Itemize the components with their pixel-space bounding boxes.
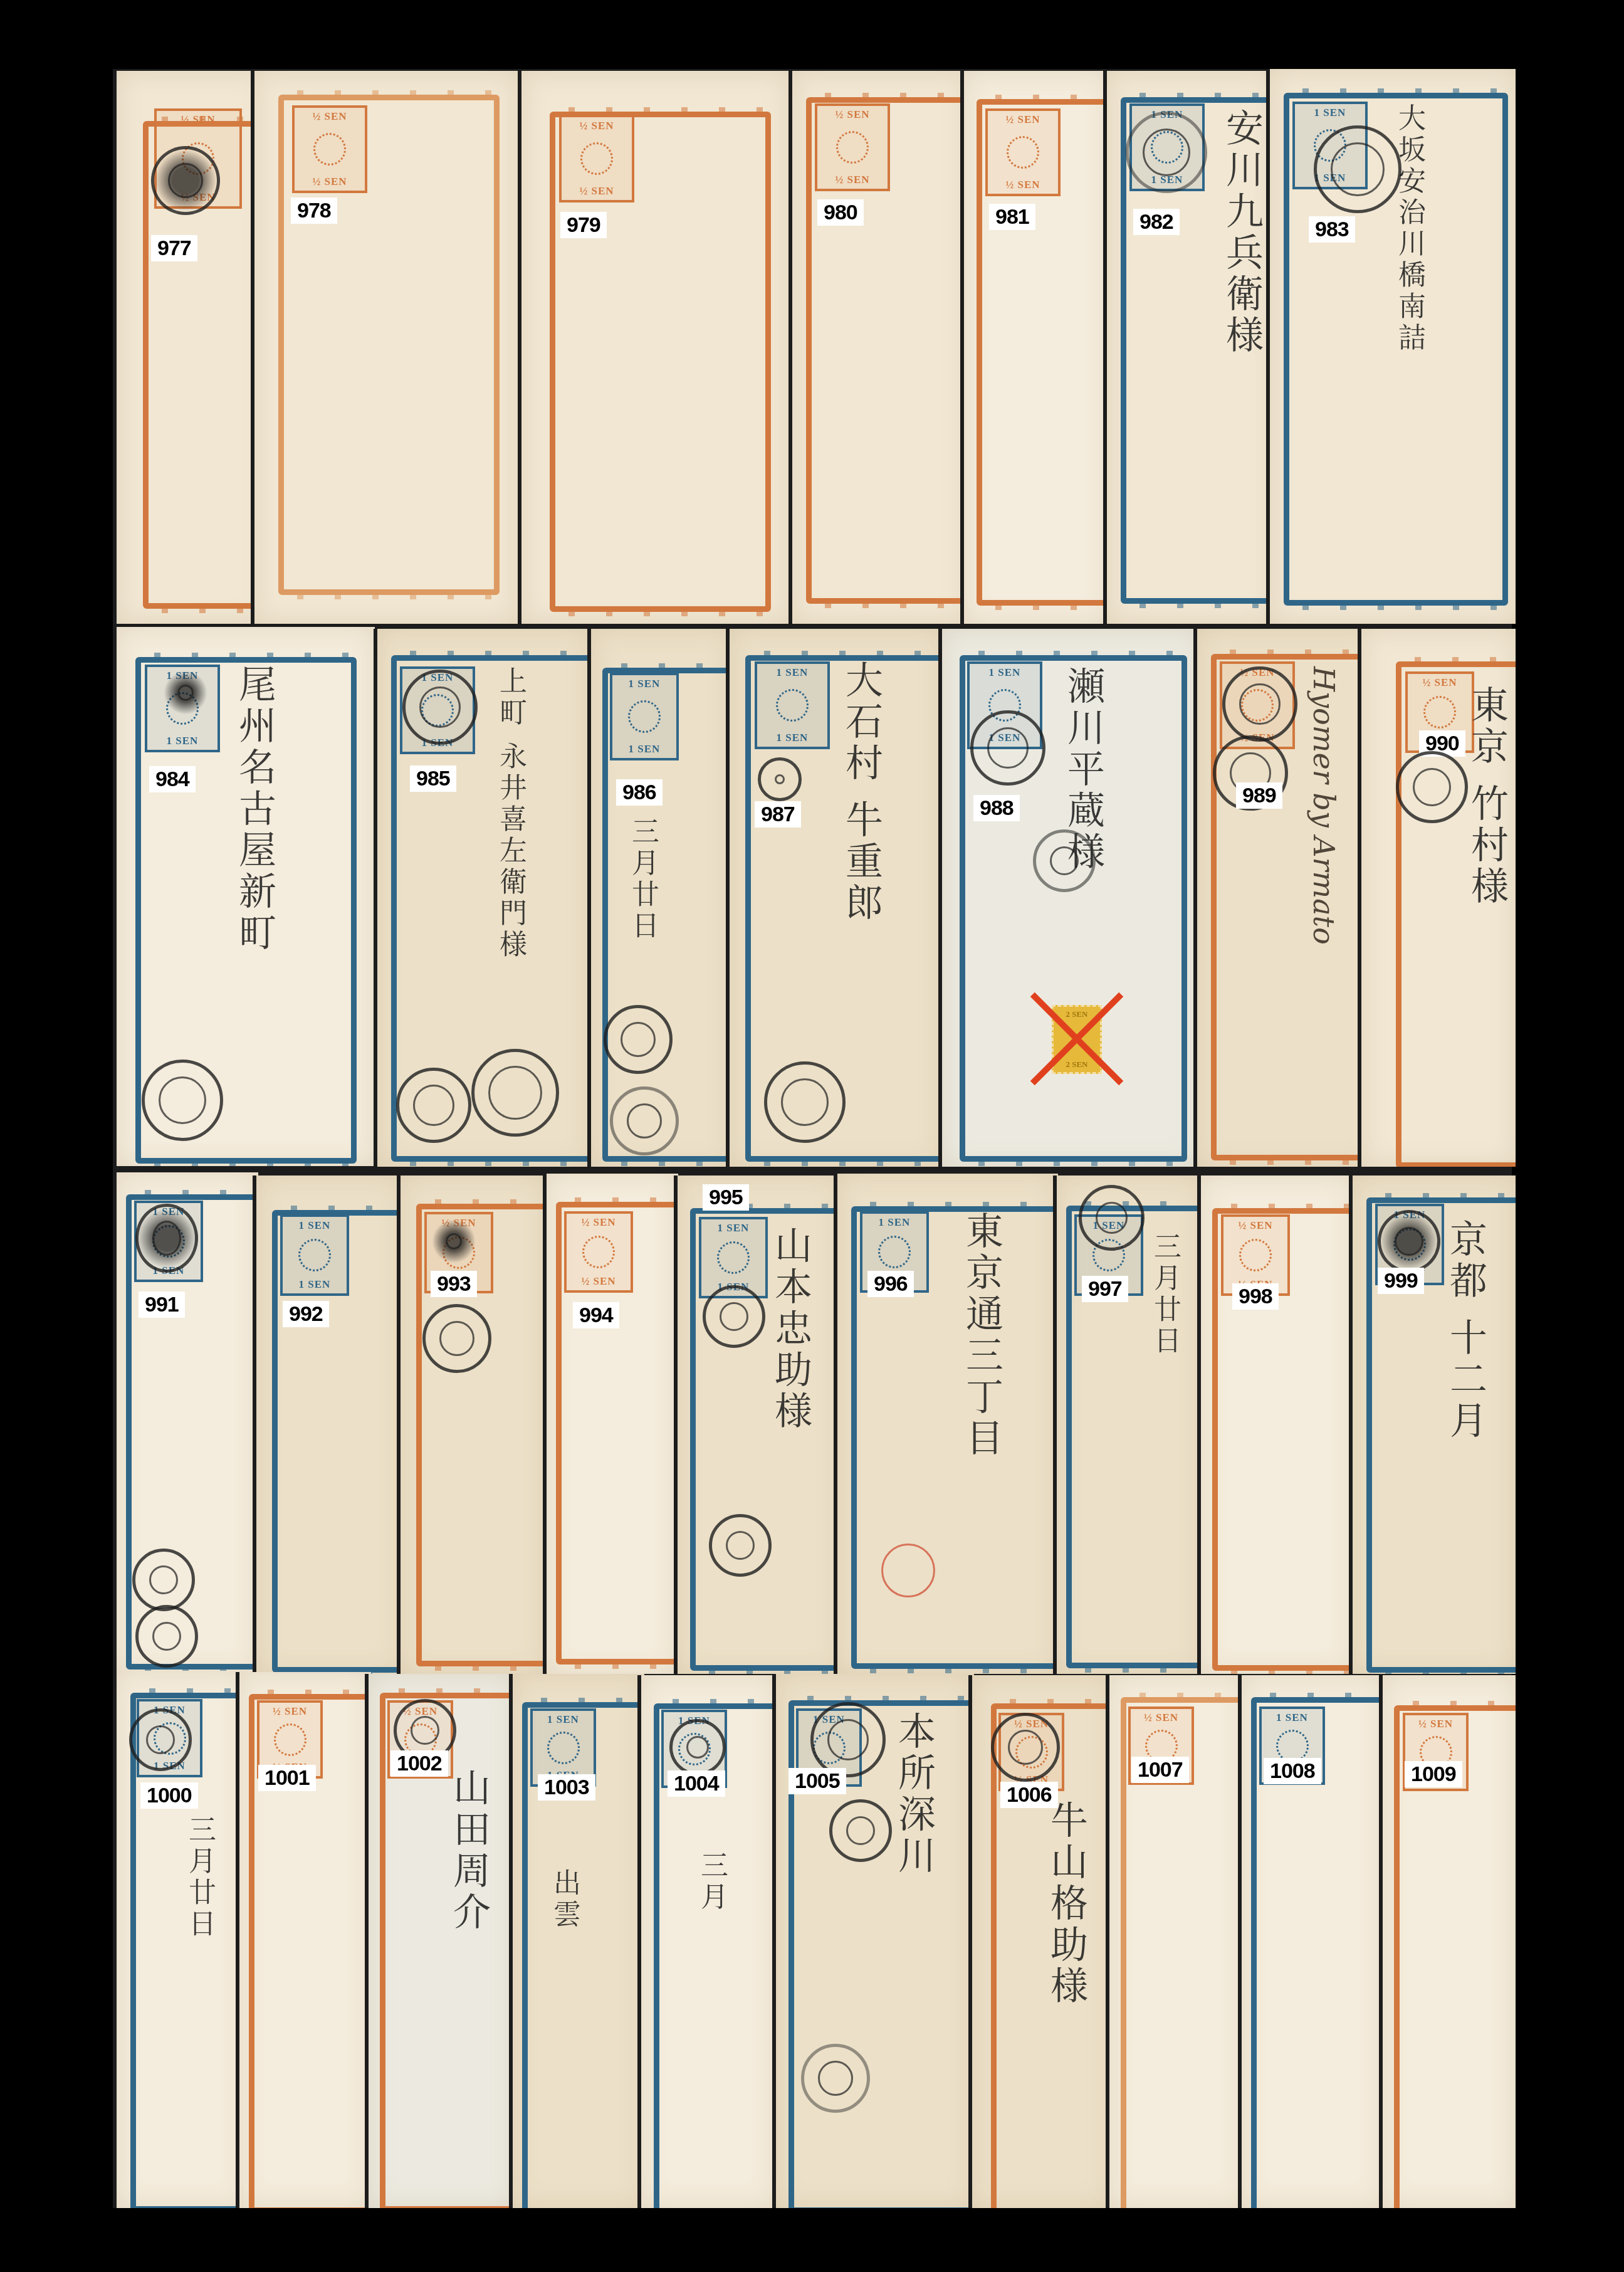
handwritten-date: 三月廿日 [629, 817, 656, 942]
handwritten-address: 安川九兵衛様 [1223, 108, 1260, 357]
handwritten-date: 三月廿日 [186, 1815, 213, 1940]
handwritten-date: 三月 [698, 1851, 725, 1913]
postmark [604, 1005, 673, 1074]
denomination-text: ½ SEN [835, 108, 869, 121]
postal-card-1008[interactable]: 1 SEN 1 SEN 1008 [1238, 1675, 1385, 2208]
chrysanthemum-crest-icon [836, 131, 869, 164]
postal-card-990[interactable]: ½ SEN ½ SEN 990 東京 竹村様 [1358, 629, 1516, 1167]
handwritten-latin-address: Hyomer by Armato [1307, 666, 1341, 945]
denomination-text: 1 SEN [1314, 107, 1346, 119]
lot-number-label: 983 [1309, 216, 1355, 243]
postal-card-998[interactable]: ½ SEN ½ SEN 998 [1197, 1175, 1354, 1674]
lot-number-label: 991 [139, 1291, 185, 1318]
lot-number-label: 978 [291, 197, 337, 224]
lot-number-label: 985 [410, 765, 456, 792]
postal-card-988[interactable]: 1 SEN 1 SEN 988 瀬川平蔵様 2 SEN 2 SEN [938, 629, 1200, 1167]
chrysanthemum-crest-icon [717, 1241, 750, 1274]
denomination-text: ½ SEN [581, 1216, 616, 1229]
lot-number-label: 997 [1082, 1276, 1128, 1302]
handwritten-address: 出雲 [550, 1868, 578, 1931]
stamp-album-sheet: ½ SEN ½ SEN 977 ½ SEN ½ SEN 978 ½ SEN ½ … [113, 69, 1512, 2208]
postmark [1378, 1210, 1440, 1273]
postal-card-987[interactable]: 1 SEN 1 SEN 987 大石村 牛重郎 [726, 629, 943, 1167]
chrysanthemum-crest-icon [313, 133, 346, 166]
denomination-text: ½ SEN [1238, 1219, 1272, 1232]
postmark [132, 1549, 195, 1611]
chrysanthemum-crest-icon [298, 1239, 331, 1271]
chrysanthemum-crest-icon [1239, 1239, 1272, 1271]
postmark [1079, 1185, 1145, 1251]
postal-card-1009[interactable]: ½ SEN ½ SEN 1009 [1379, 1675, 1516, 2208]
chrysanthemum-crest-icon [580, 142, 613, 175]
postal-card-1006[interactable]: ½ SEN ½ SEN 1006 牛山格助様 [968, 1675, 1111, 2208]
postmark [1314, 125, 1401, 213]
postal-card-979[interactable]: ½ SEN ½ SEN 979 [518, 71, 790, 624]
lot-number-label: 995 [703, 1184, 749, 1211]
handwritten-address: 京都 十二月 [1447, 1219, 1484, 1442]
lot-number-label: 996 [867, 1271, 914, 1297]
postmark [970, 710, 1045, 786]
handwritten-address: 東京通三丁目 [963, 1211, 1000, 1459]
postmark [1033, 829, 1096, 892]
postmark [709, 1514, 772, 1577]
postmark [610, 1086, 679, 1155]
chrysanthemum-crest-icon [776, 689, 809, 722]
denomination-text: 1 SEN [989, 666, 1021, 679]
handwritten-address: 山田周介 [450, 1768, 488, 1933]
handwritten-address: 牛山格助様 [1047, 1801, 1085, 2007]
imprinted-stamp-one-sen: 1 SEN 1 SEN [280, 1214, 349, 1296]
denomination-text: 1 SEN [167, 735, 199, 747]
postmark [703, 1285, 765, 1348]
postal-card-1004[interactable]: 1 SEN 1 SEN 1004 三月 [637, 1675, 777, 2208]
imprinted-stamp-half-sen: ½ SEN ½ SEN [985, 108, 1061, 196]
lot-number-label: 1003 [538, 1774, 595, 1801]
lot-number-label: 982 [1133, 209, 1180, 235]
postmark [151, 146, 220, 215]
denomination-text: ½ SEN [181, 113, 215, 126]
denomination-text: 1 SEN [777, 666, 809, 679]
lot-number-label: 1008 [1264, 1758, 1321, 1784]
handwritten-address: 尾州名古屋新町 [236, 665, 273, 954]
postal-card-993[interactable]: ½ SEN ½ SEN 993 [397, 1175, 546, 1674]
postal-card-981[interactable]: ½ SEN ½ SEN 981 [960, 71, 1109, 624]
denomination-text: ½ SEN [312, 176, 347, 188]
postmark [991, 1713, 1060, 1782]
lot-number-label: 980 [817, 199, 864, 226]
imprinted-stamp-half-sen: ½ SEN ½ SEN [559, 115, 634, 202]
denomination-text: ½ SEN [835, 174, 869, 186]
chrysanthemum-crest-icon [274, 1723, 306, 1756]
postmark [764, 1061, 846, 1143]
handwritten-address: 東京 竹村様 [1468, 685, 1506, 908]
postmark [402, 670, 478, 745]
lot-number-label: 1009 [1405, 1761, 1462, 1787]
lot-number-label: 977 [151, 235, 197, 261]
postmark [142, 1060, 223, 1141]
denomination-text: ½ SEN [579, 120, 614, 132]
postal-card-996[interactable]: 1 SEN 1 SEN 996 東京通三丁目 [834, 1174, 1058, 1674]
chrysanthemum-crest-icon [628, 700, 661, 733]
chrysanthemum-crest-icon [582, 1236, 615, 1268]
lot-number-label: 999 [1378, 1268, 1424, 1294]
handwritten-address: 上町 永井喜左衛門様 [496, 666, 524, 961]
red-cross-cancel-icon [1027, 989, 1127, 1090]
postmark [135, 1204, 198, 1273]
denomination-text: 1 SEN [718, 1222, 750, 1234]
handwritten-address: 本所深川 [895, 1712, 933, 1877]
denomination-text: ½ SEN [1005, 179, 1040, 191]
imprinted-stamp-half-sen: ½ SEN ½ SEN [292, 105, 367, 193]
postal-card-982[interactable]: 1 SEN 1 SEN 982 安川九兵衛様 [1103, 71, 1273, 624]
chrysanthemum-crest-icon [547, 1732, 580, 1764]
lot-number-label: 1005 [788, 1768, 846, 1794]
denomination-text: ½ SEN [1005, 113, 1040, 126]
lot-number-label: 992 [283, 1301, 329, 1327]
postal-card-986[interactable]: 1 SEN 1 SEN 986 三月廿日 [587, 629, 732, 1167]
postal-card-1007[interactable]: ½ SEN ½ SEN 1007 [1106, 1675, 1245, 2208]
postal-card-1005[interactable]: 1 SEN 1 SEN 1005 本所深川 [772, 1674, 974, 2208]
denomination-text: 1 SEN [547, 1713, 579, 1726]
denomination-text: ½ SEN [273, 1705, 307, 1718]
lot-number-label: 1001 [258, 1765, 316, 1791]
lot-number-label: 994 [573, 1302, 619, 1328]
postal-card-997[interactable]: 1 SEN 1 SEN 997 三月廿日 [1053, 1175, 1202, 1674]
denomination-text: ½ SEN [1144, 1712, 1178, 1724]
lot-number-label: 989 [1236, 782, 1282, 809]
denomination-text: ½ SEN [312, 110, 347, 123]
denomination-text: 1 SEN [879, 1216, 911, 1229]
imprinted-stamp-one-sen: 1 SEN 1 SEN [755, 661, 830, 749]
postal-card-1000[interactable]: 1 SEN 1 SEN 1000 三月廿日 [113, 1671, 245, 2208]
lot-number-label: 1002 [390, 1750, 448, 1777]
postmark [801, 2044, 870, 2113]
postmark [1396, 751, 1468, 823]
postmark [471, 1049, 559, 1137]
postmark [135, 1605, 198, 1668]
denomination-text: 1 SEN [629, 678, 661, 690]
postmark [1222, 666, 1297, 742]
imprinted-stamp-one-sen: 1 SEN 1 SEN [610, 673, 679, 760]
postmark [829, 1799, 892, 1862]
postal-card-999[interactable]: 1 SEN 1 SEN 999 京都 十二月 [1349, 1175, 1516, 1674]
handwritten-address: 山本忠助様 [772, 1226, 809, 1433]
postal-card-991[interactable]: 1 SEN 1 SEN 991 [113, 1172, 258, 1674]
chrysanthemum-crest-icon [1276, 1730, 1309, 1762]
postal-card-977[interactable]: ½ SEN ½ SEN 977 [113, 71, 267, 624]
denomination-text: 1 SEN [777, 732, 809, 744]
denomination-text: ½ SEN [1418, 1718, 1453, 1730]
lot-number-label: 979 [560, 212, 607, 238]
postal-card-994[interactable]: ½ SEN ½ SEN 994 [543, 1174, 678, 1674]
postal-card-985[interactable]: 1 SEN 1 SEN 985 上町 永井喜左衛門様 [374, 629, 590, 1167]
postal-card-992[interactable]: 1 SEN 1 SEN 992 [253, 1175, 402, 1674]
handwritten-address: 大坂安治川橋南詰 [1395, 103, 1423, 354]
lot-number-label: 984 [149, 766, 196, 792]
postmark [396, 1068, 471, 1143]
postal-card-984[interactable]: 1 SEN 1 SEN 984 尾州名古屋新町 [113, 627, 375, 1166]
denomination-text: 1 SEN [1276, 1712, 1308, 1724]
postal-card-980[interactable]: ½ SEN ½ SEN 980 [788, 71, 968, 624]
lot-number-label: 981 [989, 204, 1035, 230]
lot-number-label: 1000 [140, 1782, 198, 1809]
lot-number-label: 998 [1232, 1283, 1279, 1310]
postal-card-1003[interactable]: 1 SEN 1 SEN 1003 出雲 [509, 1674, 644, 2208]
postmark [669, 1719, 726, 1775]
denomination-text: ½ SEN [579, 185, 614, 197]
postal-card-995[interactable]: 995 1 SEN 1 SEN 山本忠助様 [674, 1175, 841, 1674]
lot-number-label: 1007 [1131, 1757, 1189, 1783]
postmark [432, 1219, 476, 1263]
postmark [422, 1304, 491, 1373]
handwritten-address: 大石村 牛重郎 [842, 660, 880, 924]
chrysanthemum-crest-icon [1007, 136, 1039, 169]
denomination-text: 1 SEN [629, 743, 661, 755]
denomination-text: ½ SEN [581, 1275, 616, 1288]
red-seal-mark [881, 1544, 935, 1597]
lot-number-label: 988 [973, 795, 1020, 821]
chrysanthemum-crest-icon [878, 1236, 911, 1268]
postmark [758, 757, 802, 801]
postal-card-1001[interactable]: ½ SEN ½ SEN 1001 [236, 1672, 371, 2208]
postal-card-989[interactable]: ½ SEN ½ SEN 989 Hyomer by Armato [1193, 629, 1376, 1167]
handwritten-date: 三月廿日 [1151, 1232, 1178, 1357]
postmark [129, 1708, 192, 1771]
denomination-text: 1 SEN [299, 1278, 331, 1291]
chrysanthemum-crest-icon [1423, 696, 1456, 728]
denomination-text: ½ SEN [1422, 676, 1457, 689]
postal-card-978[interactable]: ½ SEN ½ SEN 978 [251, 71, 518, 624]
lot-number-label: 1004 [668, 1770, 725, 1797]
denomination-text: 1 SEN [299, 1219, 331, 1232]
postal-card-1002[interactable]: ½ SEN ½ SEN 1002 山田周介 [365, 1674, 514, 2208]
postmark [1126, 112, 1207, 193]
postal-card-983[interactable]: 1 SEN 1 SEN 983 大坂安治川橋南詰 [1266, 69, 1516, 624]
lot-number-label: 993 [431, 1271, 477, 1297]
imprinted-stamp-half-sen: ½ SEN ½ SEN [815, 103, 890, 191]
imprinted-stamp-half-sen: ½ SEN ½ SEN [564, 1211, 633, 1293]
postmark [164, 671, 207, 715]
lot-number-label: 987 [755, 801, 801, 828]
postmark [810, 1702, 886, 1777]
lot-number-label: 986 [616, 779, 663, 806]
